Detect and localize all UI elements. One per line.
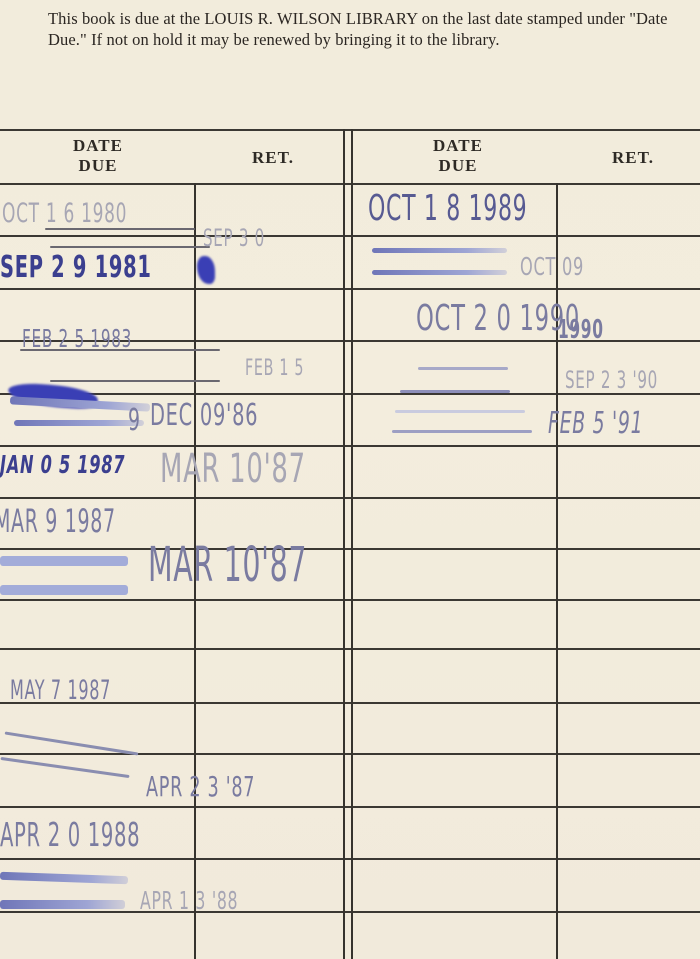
ret-stamp: MAR 10'87 bbox=[160, 446, 306, 492]
due-stamp: OCT 2 0 1990 bbox=[416, 298, 580, 339]
strike-mark bbox=[395, 410, 525, 413]
due-notice-text: This book is due at the LOUIS R. WILSON … bbox=[48, 8, 678, 50]
rule-line bbox=[0, 497, 700, 499]
strike-mark bbox=[50, 380, 220, 382]
ret-stamp: SEP 3 0 bbox=[203, 224, 265, 252]
strike-mark bbox=[0, 757, 129, 778]
strike-mark bbox=[0, 872, 128, 884]
right-date-due-header: DATE DUE bbox=[418, 136, 498, 176]
rule-line bbox=[0, 599, 700, 601]
strike-mark bbox=[418, 367, 508, 370]
due-stamp: SEP 2 9 1981 bbox=[0, 250, 152, 285]
due-stamp: MAR 9 1987 bbox=[0, 502, 116, 540]
rule-line bbox=[0, 288, 700, 290]
header-line: DATE bbox=[58, 136, 138, 156]
due-stamp: 9 bbox=[128, 403, 141, 438]
strike-mark bbox=[0, 900, 125, 909]
left-date-due-header: DATE DUE bbox=[58, 136, 138, 176]
rule-line bbox=[0, 548, 700, 550]
strike-mark bbox=[400, 390, 510, 393]
ret-stamp: FEB 5 '91 bbox=[548, 406, 643, 441]
rule-line bbox=[0, 911, 700, 913]
ret-stamp: SEP 2 3 '90 bbox=[565, 366, 658, 394]
ret-stamp: 1990 bbox=[558, 315, 604, 345]
ink-blot bbox=[197, 256, 215, 284]
due-stamp: MAY 7 1987 bbox=[10, 675, 111, 706]
ret-stamp: FEB 1 5 bbox=[245, 356, 304, 381]
library-due-date-card: This book is due at the LOUIS R. WILSON … bbox=[0, 0, 700, 959]
strike-mark bbox=[20, 349, 220, 351]
due-stamp: JAN 0 5 1987 bbox=[0, 450, 125, 479]
strike-mark bbox=[50, 246, 210, 248]
strike-mark bbox=[372, 270, 507, 275]
ret-stamp: DEC 09'86 bbox=[150, 398, 258, 433]
strike-mark bbox=[0, 556, 128, 566]
rule-line bbox=[0, 445, 700, 447]
due-stamp: APR 2 0 1988 bbox=[0, 815, 140, 854]
header-line: DATE bbox=[418, 136, 498, 156]
strike-mark bbox=[392, 430, 532, 433]
rule-line bbox=[0, 806, 700, 808]
ret-stamp: OCT 09 bbox=[520, 252, 584, 281]
rule-line bbox=[0, 183, 700, 185]
due-stamp: OCT 1 6 1980 bbox=[2, 198, 127, 229]
ret-stamp: APR 2 3 '87 bbox=[146, 770, 255, 803]
strike-mark bbox=[0, 585, 128, 595]
ret-stamp: MAR 10'87 bbox=[148, 537, 307, 593]
left-ret-header: RET. bbox=[228, 148, 318, 168]
header-line: DUE bbox=[58, 156, 138, 176]
strike-mark bbox=[14, 420, 144, 426]
due-stamp: OCT 1 8 1989 bbox=[368, 188, 527, 229]
strike-mark bbox=[45, 228, 195, 230]
strike-mark bbox=[372, 248, 507, 253]
rule-line bbox=[0, 235, 700, 237]
ret-stamp: APR 1 3 '88 bbox=[140, 886, 238, 915]
rule-line bbox=[0, 129, 700, 131]
rule-line bbox=[0, 648, 700, 650]
center-divider-left bbox=[343, 129, 345, 959]
rule-line bbox=[0, 753, 700, 755]
rule-line bbox=[0, 858, 700, 860]
header-line: DUE bbox=[418, 156, 498, 176]
center-divider-right bbox=[351, 129, 353, 959]
strike-mark bbox=[5, 731, 139, 755]
right-ret-header: RET. bbox=[588, 148, 678, 168]
